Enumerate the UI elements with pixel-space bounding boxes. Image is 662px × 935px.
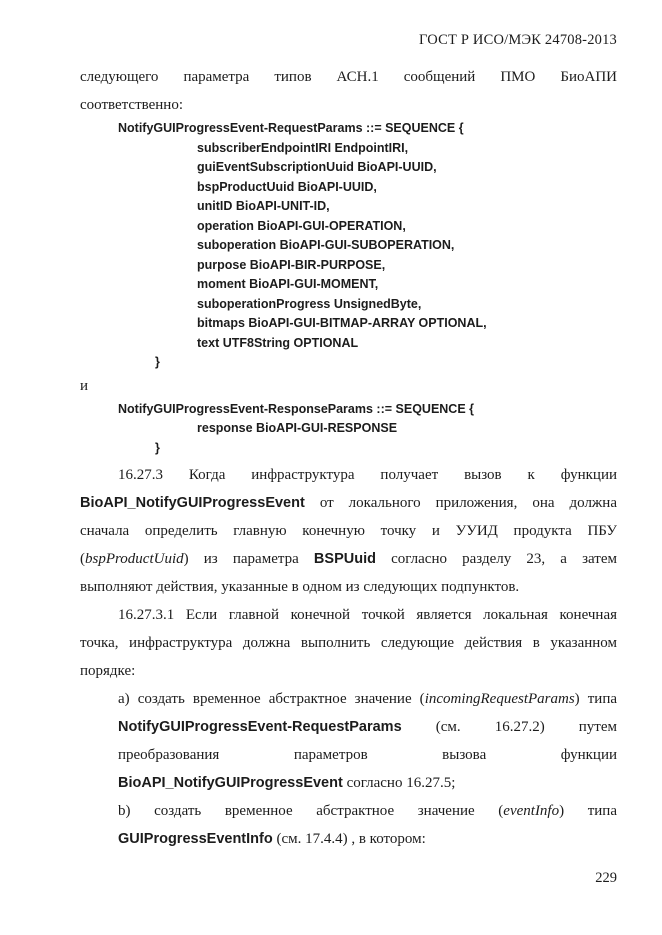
- code-field-line: guiEventSubscriptionUuid BioAPI-UUID,: [118, 158, 617, 178]
- asn1-response-params-definition: NotifyGUIProgressEvent-ResponseParams ::…: [118, 400, 617, 459]
- code-header-line: NotifyGUIProgressEvent-ResponseParams ::…: [118, 400, 617, 420]
- code-field-line: bitmaps BioAPI-GUI-BITMAP-ARRAY OPTIONAL…: [118, 314, 617, 334]
- code-closing-brace: }: [118, 439, 617, 459]
- text-line: 16.27.3 Когда инфраструктура получает вы…: [80, 461, 617, 489]
- text-line: a) создать временное абстрактное значени…: [118, 685, 617, 713]
- text-line: соответственно:: [80, 91, 617, 119]
- code-field-line: response BioAPI-GUI-RESPONSE: [118, 419, 617, 439]
- code-closing-brace: }: [118, 353, 617, 373]
- text-line: точка, инфраструктура должна выполнить с…: [80, 629, 617, 657]
- paragraph-16-27-3-1: 16.27.3.1 Если главной конечной точкой я…: [80, 601, 617, 685]
- code-field-line: operation BioAPI-GUI-OPERATION,: [118, 217, 617, 237]
- text-line: преобразования параметров вызова функции: [118, 741, 617, 769]
- code-field-line: text UTF8String OPTIONAL: [118, 334, 617, 354]
- text-line: GUIProgressEventInfo (см. 17.4.4) , в ко…: [118, 825, 617, 853]
- code-field-line: suboperationProgress UnsignedByte,: [118, 295, 617, 315]
- intro-paragraph: следующего параметра типов АСН.1 сообщен…: [80, 63, 617, 119]
- asn1-request-params-definition: NotifyGUIProgressEvent-RequestParams ::=…: [118, 119, 617, 373]
- code-field-line: bspProductUuid BioAPI-UUID,: [118, 178, 617, 198]
- list-item-b: b) создать временное абстрактное значени…: [118, 797, 617, 853]
- document-page: ГОСТ Р ИСО/МЭК 24708-2013 следующего пар…: [0, 0, 662, 935]
- text-line: BioAPI_NotifyGUIProgressEvent от локальн…: [80, 489, 617, 517]
- document-body: следующего параметра типов АСН.1 сообщен…: [80, 63, 617, 853]
- code-field-line: purpose BioAPI-BIR-PURPOSE,: [118, 256, 617, 276]
- text-line: порядке:: [80, 657, 617, 685]
- code-field-line: suboperation BioAPI-GUI-SUBOPERATION,: [118, 236, 617, 256]
- list-item-a: a) создать временное абстрактное значени…: [118, 685, 617, 797]
- text-line: 16.27.3.1 Если главной конечной точкой я…: [80, 601, 617, 629]
- text-line: сначала определить главную конечную точк…: [80, 517, 617, 545]
- code-field-line: unitID BioAPI-UNIT-ID,: [118, 197, 617, 217]
- code-field-line: moment BioAPI-GUI-MOMENT,: [118, 275, 617, 295]
- text-line: выполняют действия, указанные в одном из…: [80, 573, 617, 601]
- text-line: BioAPI_NotifyGUIProgressEvent согласно 1…: [118, 769, 617, 797]
- code-field-line: subscriberEndpointIRI EndpointIRI,: [118, 139, 617, 159]
- page-number: 229: [595, 870, 617, 887]
- paragraph-16-27-3: 16.27.3 Когда инфраструктура получает вы…: [80, 461, 617, 601]
- code-header-line: NotifyGUIProgressEvent-RequestParams ::=…: [118, 119, 617, 139]
- text-line: NotifyGUIProgressEvent-RequestParams (см…: [118, 713, 617, 741]
- text-line: следующего параметра типов АСН.1 сообщен…: [80, 63, 617, 91]
- text-line: (bspProductUuid) из параметра BSPUuid со…: [80, 545, 617, 573]
- conjunction-and: и: [80, 373, 617, 400]
- document-header: ГОСТ Р ИСО/МЭК 24708-2013: [80, 30, 617, 50]
- text-line: b) создать временное абстрактное значени…: [118, 797, 617, 825]
